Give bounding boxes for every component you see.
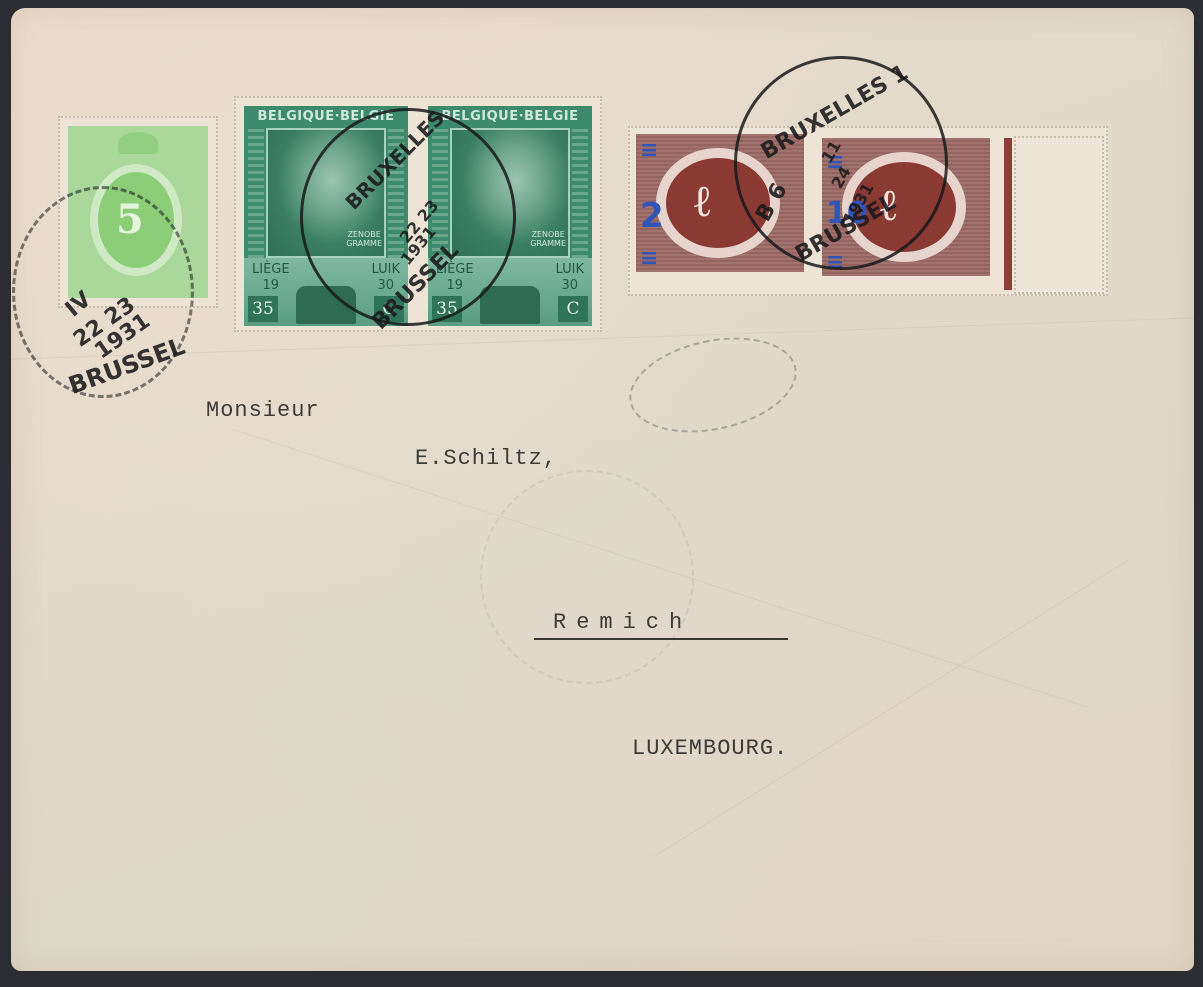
city-left-name: LIÈGE: [252, 262, 290, 278]
address-country: LUXEMBOURG.: [632, 736, 788, 761]
stamp-value: 35: [248, 296, 278, 322]
surcharge-bars-icon: ≡: [640, 248, 658, 270]
year-left: 19: [252, 278, 290, 294]
greek-key-border: [248, 128, 264, 258]
city-right: LUIK 30: [556, 262, 584, 294]
surcharge-value: 2: [640, 196, 664, 236]
caption-line: GRAMME: [530, 239, 566, 248]
caption-line: ZENOBE: [530, 230, 566, 239]
lion-icon: ℓ: [694, 176, 711, 227]
address-city: Remich: [553, 610, 692, 635]
faint-backstamp: [480, 470, 694, 684]
greek-key-border: [572, 128, 588, 258]
sheet-margin: [1014, 136, 1104, 294]
city-left: LIÈGE 19: [252, 262, 290, 294]
paper-crease: [653, 560, 1128, 858]
portrait-caption: ZENOBE GRAMME: [530, 230, 566, 248]
address-salutation: Monsieur: [206, 398, 320, 423]
city-underline: [534, 638, 788, 640]
dynamo-machine-icon: [480, 286, 540, 324]
city-right-name: LUIK: [556, 262, 584, 278]
year-right: 30: [556, 278, 584, 294]
surcharge-bars-icon: ≡: [640, 140, 658, 162]
sheet-margin-line: [1004, 138, 1012, 290]
centime-icon: C: [558, 296, 588, 322]
address-name: E.Schiltz,: [415, 446, 557, 471]
crown-icon: [118, 132, 158, 154]
